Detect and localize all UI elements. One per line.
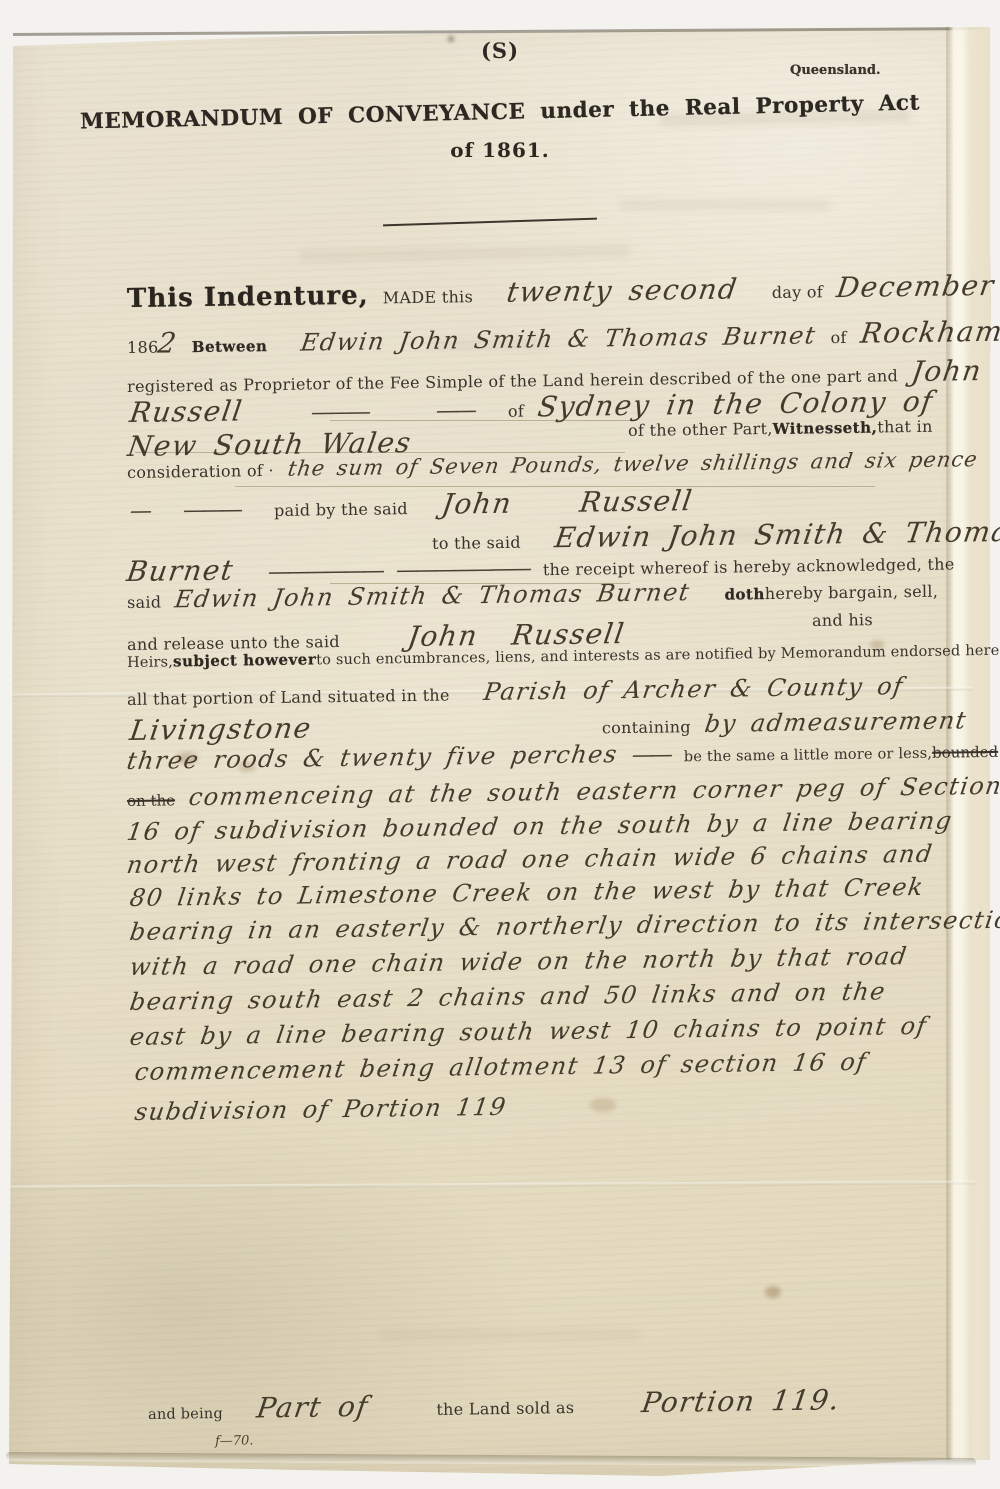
spacer <box>340 646 408 647</box>
region-label: Queensland. <box>790 63 881 78</box>
printed-text: and his <box>812 610 873 630</box>
handwritten-text: 2 <box>156 326 180 359</box>
handwritten-text: John <box>910 354 985 388</box>
dash-stroke: —————— <box>266 558 384 585</box>
strikethrough-text: bounded <box>932 743 998 762</box>
printed-text: Heirs, <box>127 654 173 671</box>
printed-text: that in <box>877 417 933 437</box>
handwritten-text: Parish of Archer & County of <box>482 672 906 706</box>
handwritten-text: Part of <box>254 1390 370 1425</box>
handwritten-text: Livingstone <box>128 711 315 747</box>
dash-stroke: ——— <box>309 400 370 426</box>
printed-text: of the other Part, <box>628 419 773 440</box>
doc-line: f—70. <box>215 1429 254 1449</box>
spacer <box>574 1412 642 1413</box>
printed-text: 186 <box>127 338 159 357</box>
handwritten-text: Edwin John Smith & Thomas Burnet <box>299 321 818 356</box>
spacer <box>512 512 580 513</box>
dash-stroke: — <box>128 499 151 524</box>
spacer <box>312 733 602 737</box>
printed-text: the Land sold as <box>436 1398 574 1419</box>
printed-text: hereby bargain, sell, <box>765 582 939 603</box>
handwritten-text: Russell <box>128 394 246 429</box>
printed-text: MADE this <box>383 287 474 307</box>
dash-stroke: ——— <box>181 497 242 523</box>
strikethrough-text: on the <box>127 791 175 810</box>
handwritten-text: twenty second <box>505 272 740 308</box>
form-series-mark: (S) <box>0 38 1000 63</box>
handwritten-text: Burnet <box>125 553 237 588</box>
dash-stroke: —— <box>434 398 476 424</box>
printed-text: containing <box>602 717 691 737</box>
scanned-document: (S) Queensland. MEMORANDUM OF CONVEYANCE… <box>0 0 1000 1489</box>
spacer <box>368 418 436 419</box>
printed-text: and being <box>148 1406 223 1423</box>
printed-form-number: f—70. <box>215 1433 254 1449</box>
blackletter-text: This Indenture, <box>127 281 369 314</box>
printed-text: consideration of · <box>127 461 274 482</box>
handwritten-text: Portion 119. <box>640 1383 843 1419</box>
handwritten-text: by admeasurement <box>703 706 969 738</box>
handwritten-text: Russell <box>578 484 696 519</box>
handwritten-text: December <box>835 269 997 304</box>
blackletter-text: doth <box>724 585 765 604</box>
printed-text: day of <box>772 282 824 302</box>
printed-text: paid by the said <box>274 499 408 520</box>
spacer <box>368 1415 436 1416</box>
blackletter-text: subject however <box>173 650 316 670</box>
doc-line: and his <box>812 610 873 630</box>
printed-text: of <box>830 328 846 347</box>
blackletter-text: Between <box>192 337 268 356</box>
doc-line: subdivision of Portion 119 <box>135 1093 507 1126</box>
printed-text: be the same a little more or less, <box>684 746 932 765</box>
document-title-line2: of 1861. <box>0 138 1000 162</box>
printed-text: of <box>508 401 524 420</box>
printed-text: said <box>127 593 162 612</box>
handwritten-text: Rockhampton <box>858 314 1000 350</box>
handwritten-text: subdivision of Portion 119 <box>133 1093 509 1126</box>
spacer <box>243 419 311 420</box>
dash-stroke: ——————— <box>394 556 531 583</box>
blackletter-text: Witnesseth, <box>773 419 878 438</box>
handwritten-text: John <box>439 487 514 521</box>
printed-text: all that portion of Land situated in the <box>127 685 450 709</box>
dash-stroke: —— <box>630 742 672 768</box>
